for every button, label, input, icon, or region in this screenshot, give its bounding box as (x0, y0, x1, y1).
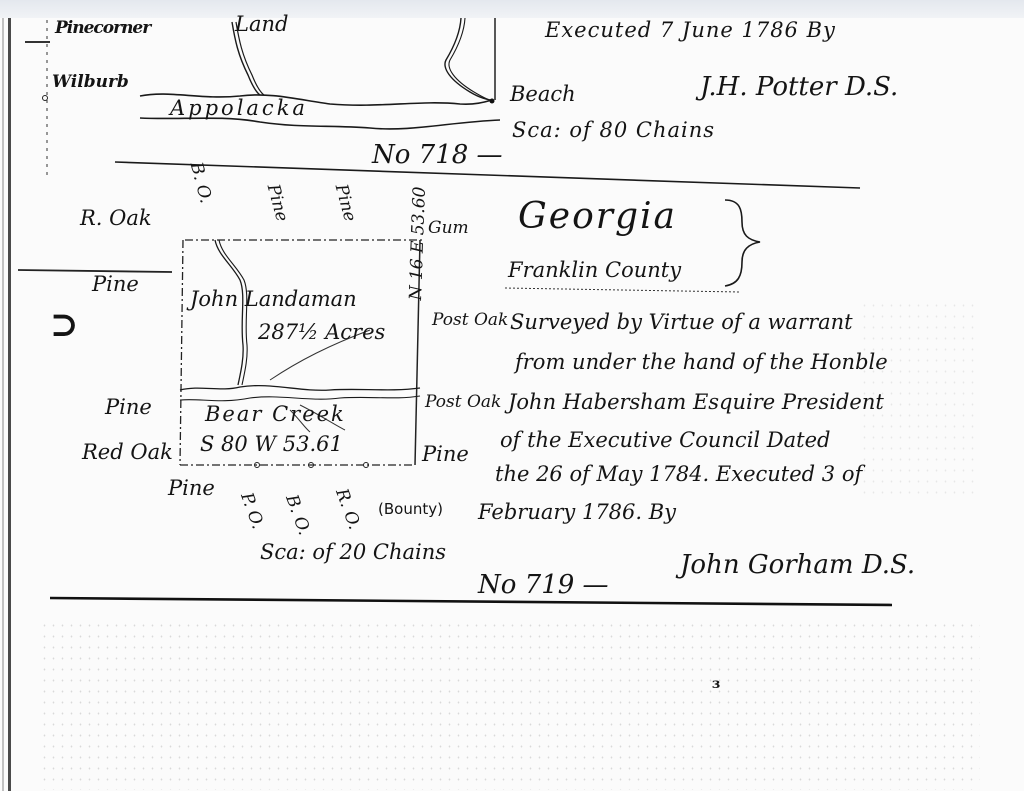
marker-top-gum: Gum (428, 218, 469, 238)
marker-top-r-oak: R. Oak (80, 206, 152, 230)
creek-label: Bear Creek (205, 402, 346, 426)
certificate-line-1: Surveyed by Virtue of a warrant (510, 310, 853, 334)
upper-scale: Sca: of 80 Chains (512, 118, 715, 142)
land-label: Land (235, 12, 288, 36)
marker-right-pine: Pine (422, 442, 469, 466)
certificate-signature: John Gorham D.S. (680, 550, 915, 580)
record-number-718: No 718 — (372, 140, 503, 170)
state-heading: Georgia (518, 196, 677, 237)
certificate-line-6: February 1786. By (478, 500, 676, 524)
certificate-line-3: John Habersham Esquire President (508, 390, 884, 414)
marker-bottom-pine: Pine (168, 476, 215, 500)
margin-mark: ⊃ (50, 305, 79, 345)
river-label: Appolacka (170, 96, 308, 120)
marker-right-post-oak-2: Post Oak (425, 392, 501, 412)
marker-left-red-oak: Red Oak (82, 440, 173, 464)
certificate-line-5: the 26 of May 1784. Executed 3 of (495, 462, 862, 486)
certificate-line-4: of the Executive Council Dated (500, 428, 830, 452)
tract-acres: 287½ Acres (258, 320, 385, 344)
corner-label-right: Beach (510, 82, 576, 106)
top-left-fragment: Pinecorner (55, 18, 150, 38)
stray-mark: ɜ (712, 676, 720, 692)
executed-line: Executed 7 June 1786 By (545, 18, 836, 42)
county-heading: Franklin County (508, 258, 681, 282)
east-side-bearing: N 16 E 53.60 (406, 186, 430, 300)
bounty-annotation: (Bounty) (378, 500, 443, 518)
tract-owner: John Landaman (190, 287, 357, 311)
marker-left-pine-1: Pine (92, 272, 139, 296)
record-number-719: No 719 — (478, 570, 609, 600)
certificate-line-2: from under the hand of the Honble (515, 350, 888, 374)
marker-left-pine-2: Pine (105, 395, 152, 419)
marker-right-post-oak-1: Post Oak (432, 310, 508, 330)
surveyor-signature-upper: J.H. Potter D.S. (700, 72, 898, 102)
tract-bearing: S 80 W 53.61 (200, 432, 343, 456)
corner-label-left: Wilburb (52, 72, 129, 92)
lower-scale: Sca: of 20 Chains (260, 540, 446, 564)
